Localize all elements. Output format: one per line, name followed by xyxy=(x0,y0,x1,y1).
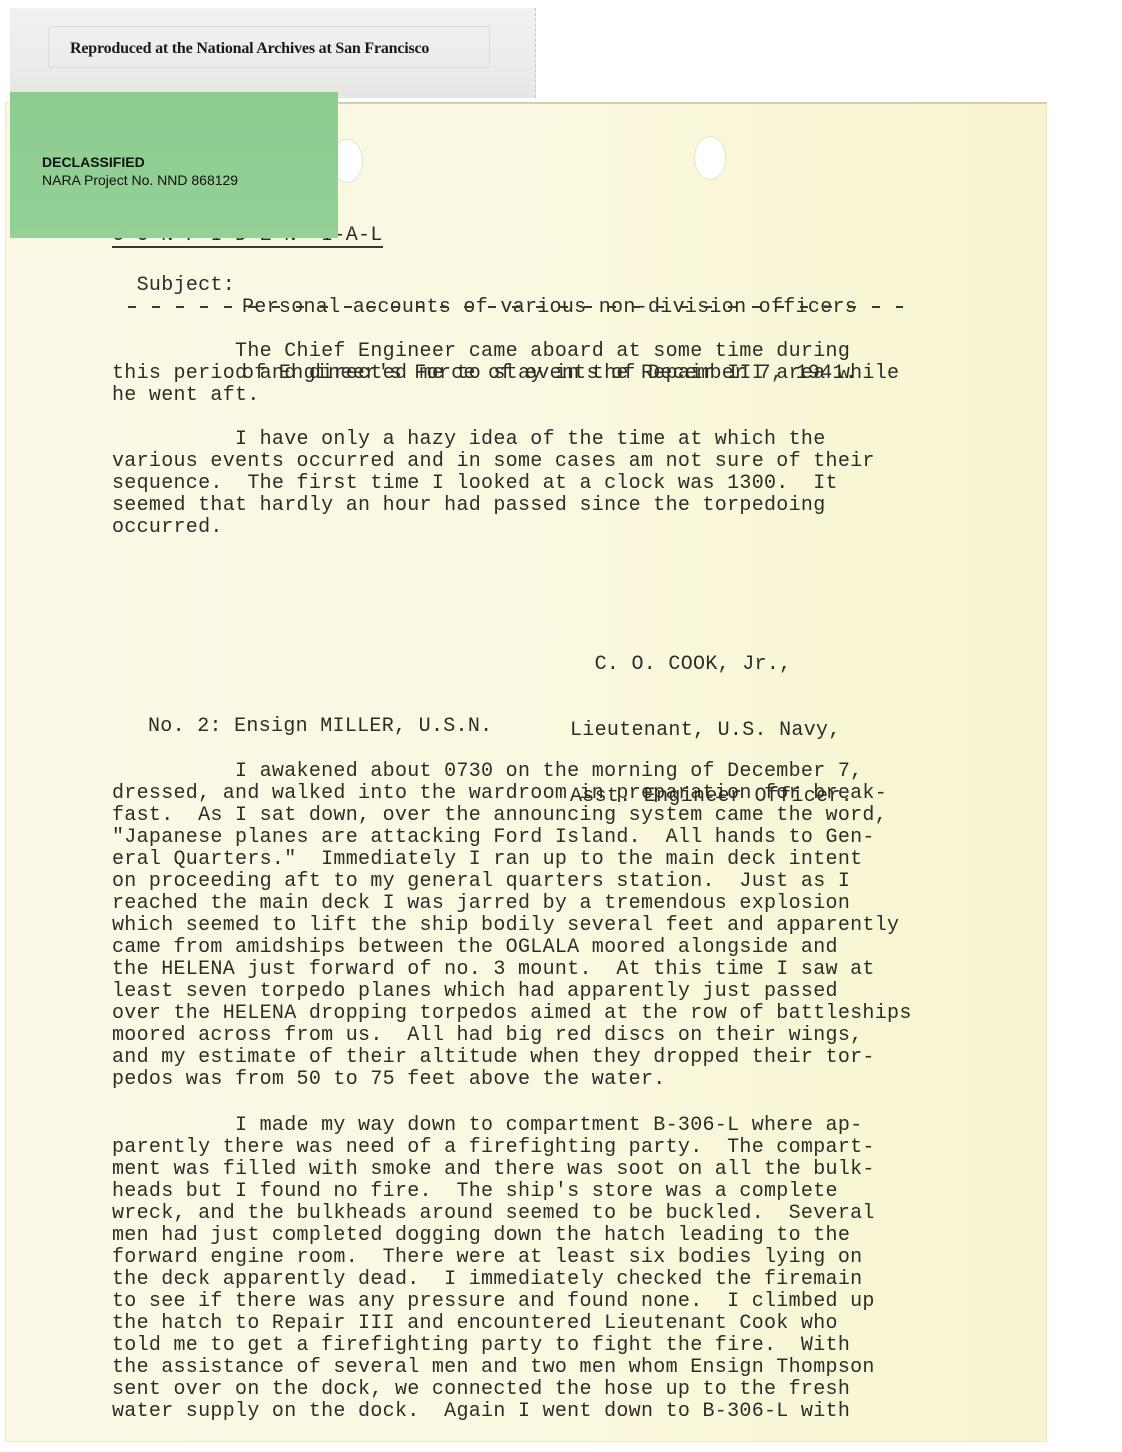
dashed-separator xyxy=(128,306,903,308)
text-line: heads but I found no fire. The ship's st… xyxy=(112,1181,875,1203)
paragraph: I have only a hazy idea of the time at w… xyxy=(112,429,875,539)
text-line: various events occurred and in some case… xyxy=(112,451,875,473)
text-line: the deck apparently dead. I immediately … xyxy=(112,1269,875,1291)
text-line: sequence. The first time I looked at a c… xyxy=(112,473,875,495)
text-line: wreck, and the bulkheads around seemed t… xyxy=(112,1203,875,1225)
signature-rank: Lieutenant, U.S. Navy, xyxy=(570,720,853,742)
text-line: the assistance of several men and two me… xyxy=(112,1357,875,1379)
text-line: least seven torpedo planes which had app… xyxy=(112,981,912,1003)
text-line: dressed, and walked into the wardroom in… xyxy=(112,783,912,805)
text-line: on proceeding aft to my general quarters… xyxy=(112,871,912,893)
text-line: seemed that hardly an hour had passed si… xyxy=(112,495,875,517)
text-line: which seemed to lift the ship bodily sev… xyxy=(112,915,912,937)
text-line: and my estimate of their altitude when t… xyxy=(112,1047,912,1069)
punch-hole xyxy=(695,137,725,179)
text-line: to see if there was any pressure and fou… xyxy=(112,1291,875,1313)
entry-heading: No. 2: Ensign MILLER, U.S.N. xyxy=(148,716,492,738)
text-line: the hatch to Repair III and encountered … xyxy=(112,1313,875,1335)
text-line: occurred. xyxy=(112,517,875,539)
text-line: ment was filled with smoke and there was… xyxy=(112,1159,875,1181)
text-line: men had just completed dogging down the … xyxy=(112,1225,875,1247)
subject-line: Personal accounts of various non-divisio… xyxy=(242,297,857,319)
paragraph: The Chief Engineer came aboard at some t… xyxy=(112,341,899,407)
text-line: parently there was need of a firefightin… xyxy=(112,1137,875,1159)
subject-block: Subject: Personal accounts of various no… xyxy=(112,253,267,319)
paragraph: I made my way down to compartment B-306-… xyxy=(112,1115,875,1423)
paragraph: I awakened about 0730 on the morning of … xyxy=(112,761,912,1091)
text-line: eral Quarters." Immediately I ran up to … xyxy=(112,849,912,871)
text-line: over the HELENA dropping torpedos aimed … xyxy=(112,1003,912,1025)
nara-project-number: NARA Project No. NND 868129 xyxy=(42,172,238,188)
text-line: I awakened about 0730 on the morning of … xyxy=(112,761,912,783)
text-line: this period and directed me to stay in t… xyxy=(112,363,899,385)
archive-stamp-label: Reproduced at the National Archives at S… xyxy=(70,40,429,58)
signature-name: C. O. COOK, Jr., xyxy=(570,654,853,676)
text-line: water supply on the dock. Again I went d… xyxy=(112,1401,875,1423)
text-line: forward engine room. There were at least… xyxy=(112,1247,875,1269)
text-line: told me to get a firefighting party to f… xyxy=(112,1335,875,1357)
text-line: pedos was from 50 to 75 feet above the w… xyxy=(112,1069,912,1091)
text-line: sent over on the dock, we connected the … xyxy=(112,1379,875,1401)
text-line: The Chief Engineer came aboard at some t… xyxy=(112,341,899,363)
text-line: moored across from us. All had big red d… xyxy=(112,1025,912,1047)
text-line: the HELENA just forward of no. 3 mount. … xyxy=(112,959,912,981)
text-line: fast. As I sat down, over the announcing… xyxy=(112,805,912,827)
text-line: I have only a hazy idea of the time at w… xyxy=(112,429,875,451)
declassified-tag: DECLASSIFIED NARA Project No. NND 868129 xyxy=(10,92,338,238)
text-line: came from amidships between the OGLALA m… xyxy=(112,937,912,959)
text-line: I made my way down to compartment B-306-… xyxy=(112,1115,875,1137)
declassified-title: DECLASSIFIED xyxy=(42,154,145,170)
text-line: reached the main deck I was jarred by a … xyxy=(112,893,912,915)
text-line: he went aft. xyxy=(112,385,899,407)
text-line: "Japanese planes are attacking Ford Isla… xyxy=(112,827,912,849)
